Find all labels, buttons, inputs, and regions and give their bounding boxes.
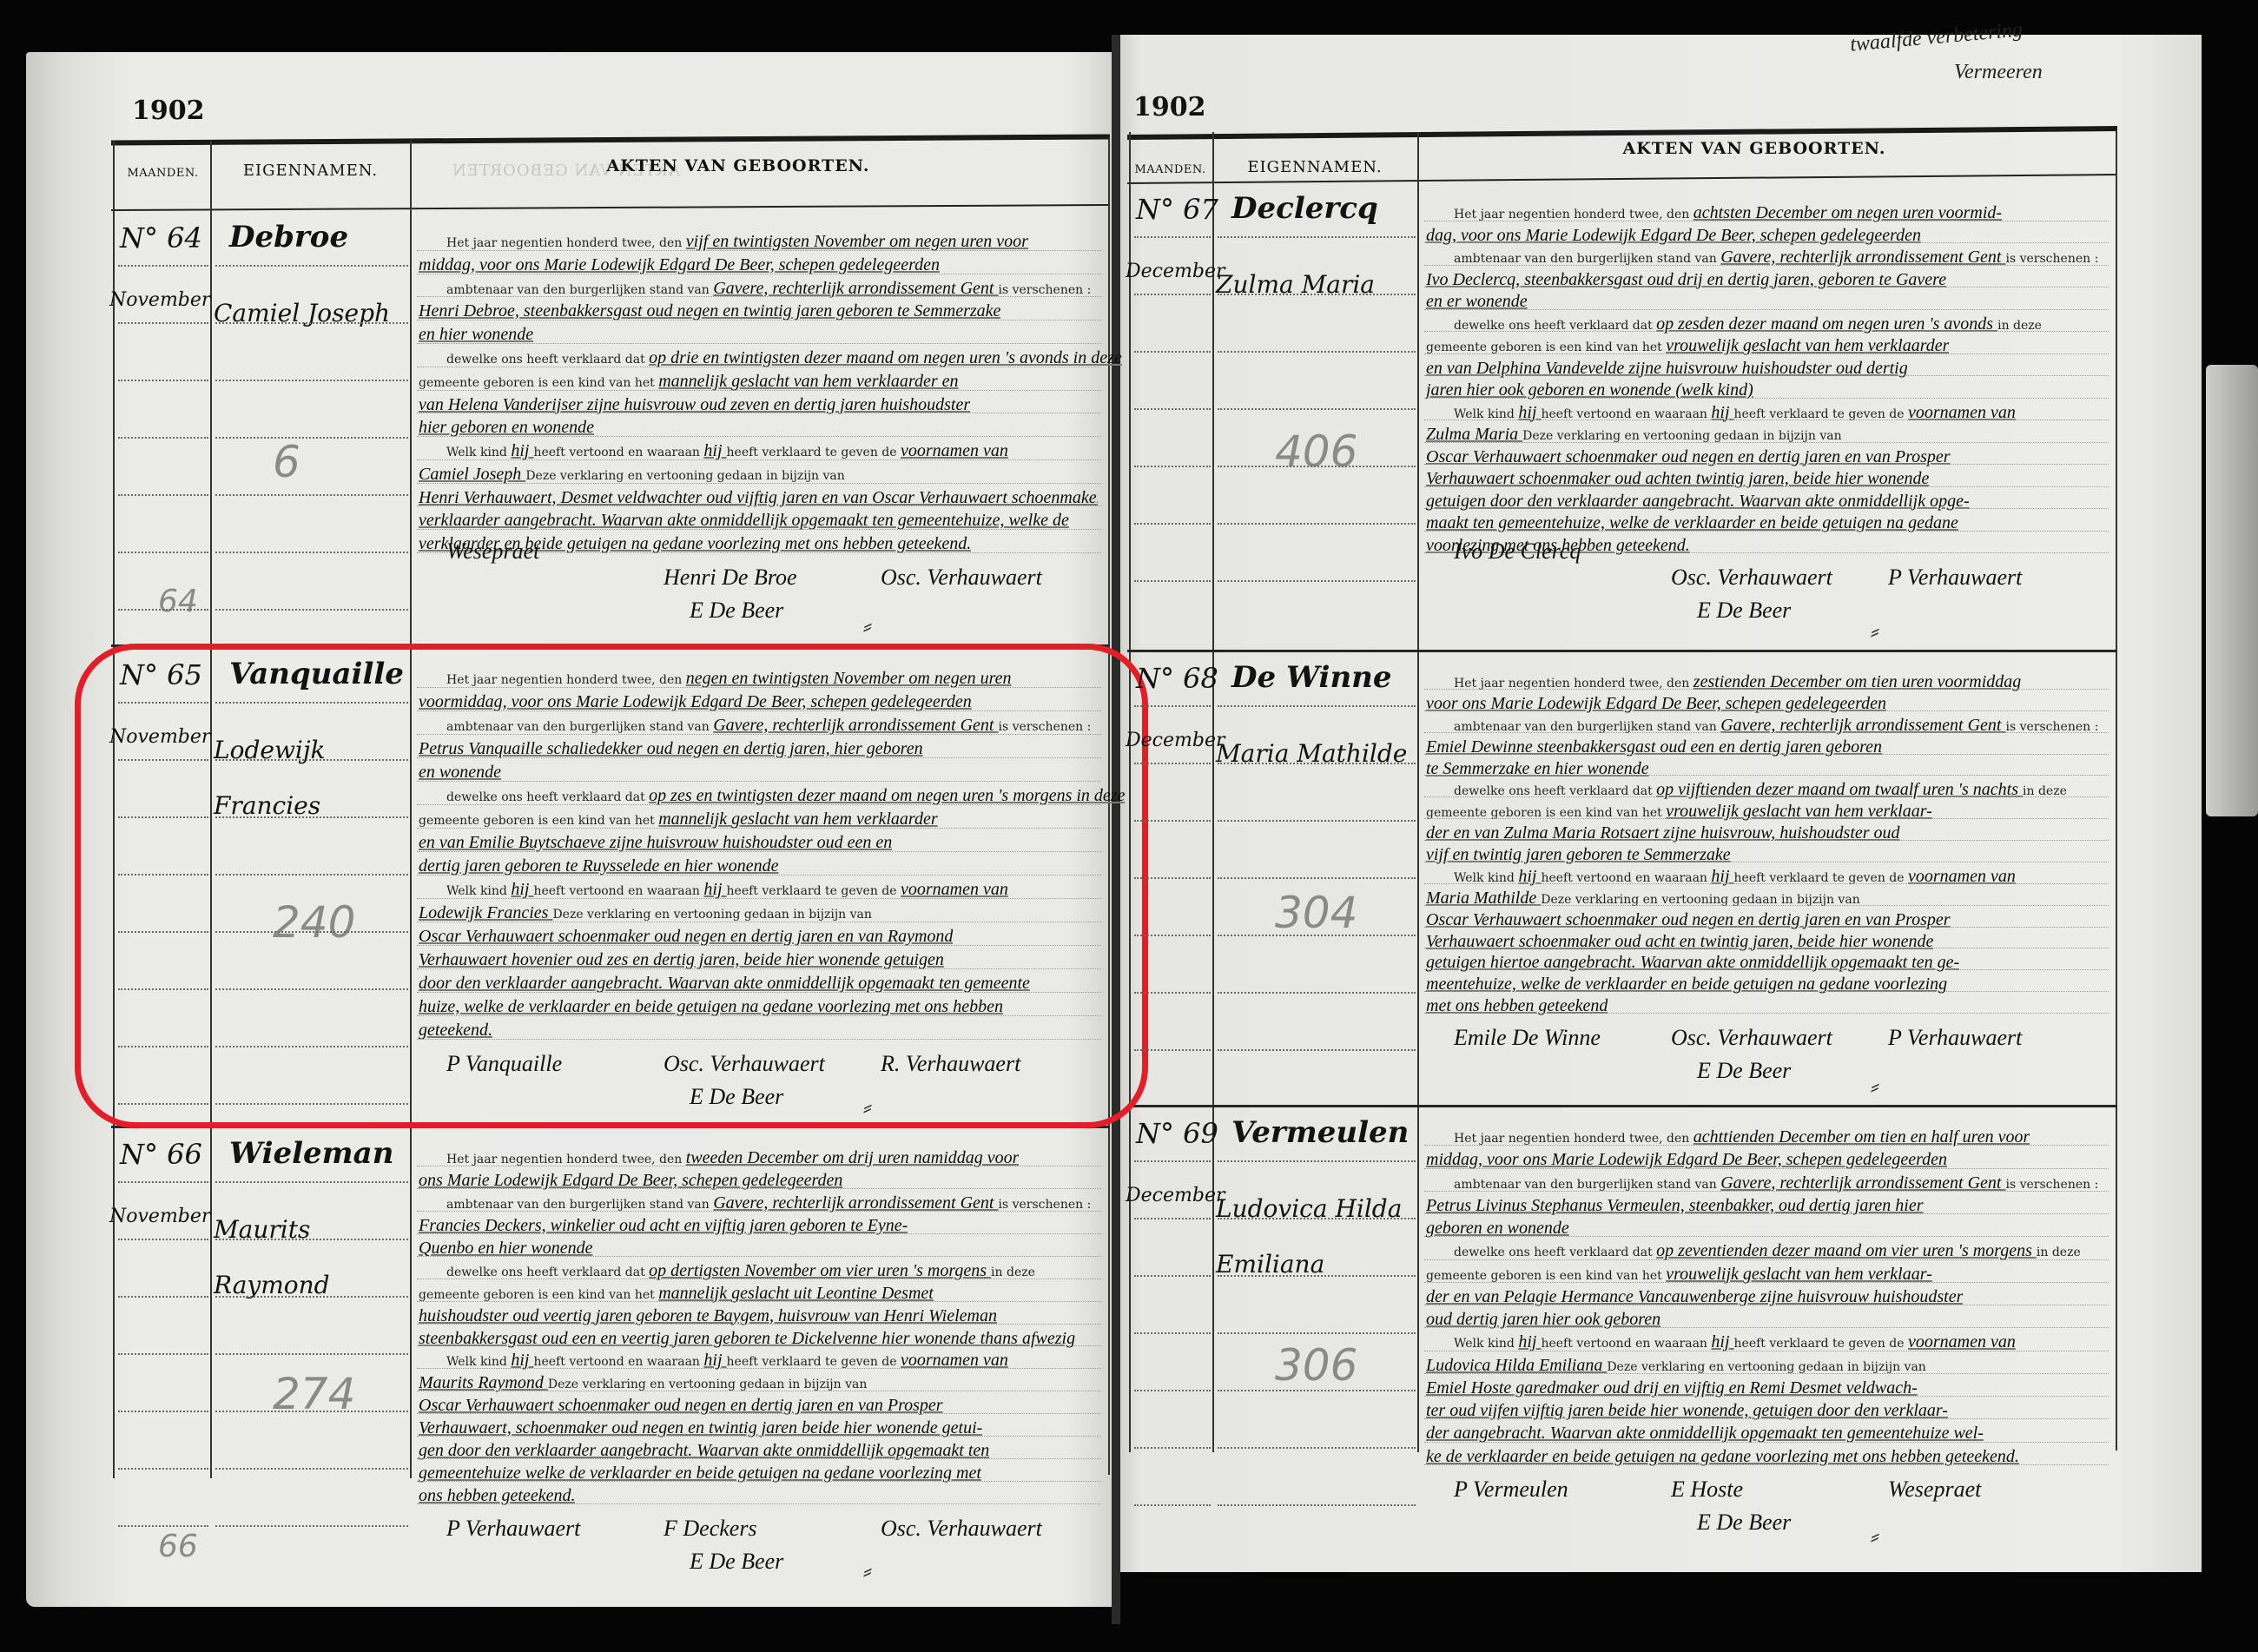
printed-form-text: geboren is een kind van het: [483, 1288, 658, 1302]
ruling-line: [1134, 1332, 1211, 1334]
ruling-line: [215, 816, 408, 818]
act-text-line: Oscar Verhauwaert schoenmaker oud negen …: [419, 927, 953, 947]
ruling-line: [417, 413, 1101, 413]
handwritten-text: Ludovica Hilda Emiliana: [1426, 1356, 1607, 1375]
margin-page-number: 240: [273, 897, 355, 948]
act-text-line: Het jaar negentien honderd twee, den vij…: [446, 232, 1028, 252]
ruling-line: [417, 1413, 1101, 1414]
margin-page-number: 306: [1275, 1340, 1357, 1391]
signature: Osc. Verhauwaert: [881, 565, 1042, 591]
ruling-line: [417, 343, 1101, 344]
paraph-mark: ⸗: [863, 1556, 872, 1586]
printed-form-text: Welk kind: [1454, 1337, 1518, 1351]
column-divider: [1417, 132, 1419, 1452]
ruling-line: [1424, 1145, 2109, 1146]
handwritten-text: ons hebben geteekend.: [419, 1486, 575, 1505]
ruling-line: [1218, 580, 1416, 582]
printed-form-text: Het jaar negentien honderd twee, den: [1454, 1132, 1693, 1146]
ruling-line: [1424, 221, 2109, 221]
ruling-line: [1424, 927, 2109, 928]
entry-separator: [1127, 1105, 2117, 1107]
ruling-line: [417, 1256, 1101, 1257]
column-divider: [2116, 130, 2117, 1450]
handwritten-text: middag, voor ons Marie Lodewijk Edgard D…: [419, 255, 940, 274]
ruling-line: [215, 322, 408, 324]
ruling-line: [1424, 354, 2109, 354]
paraph-mark: ⸗: [1871, 1072, 1879, 1101]
entry-given-names: Camiel Joseph: [214, 286, 390, 341]
handwritten-text: Gavere, rechterlijk arrondissement Gent: [713, 716, 998, 735]
printed-form-text: ambtenaar van den burgerlijken stand van: [1454, 1178, 1720, 1192]
handwritten-text: der en van Pelagie Hermance Vancauwenber…: [1426, 1287, 1963, 1306]
ruling-line: [118, 702, 208, 704]
ruling-line: [215, 265, 408, 267]
entry-separator: [1127, 650, 2117, 652]
ruling-line: [1424, 309, 2109, 310]
paraph-mark: ⸗: [863, 1093, 872, 1122]
act-text-line: verklaarder aangebracht. Waarvan akte on…: [419, 511, 1069, 531]
ruling-line: [118, 1046, 208, 1047]
handwritten-text: Gavere, rechterlijk arrondissement Gent: [1720, 1173, 2005, 1193]
ruling-line: [417, 851, 1101, 852]
ruling-line: [1424, 710, 2109, 711]
handwritten-text: ons Marie Lodewijk Edgard De Beer, schep…: [419, 1171, 842, 1190]
printed-form-text: gemeente: [419, 1288, 483, 1302]
ruling-line: [1424, 732, 2109, 733]
signature: Henri De Broe: [664, 565, 797, 591]
printed-form-text: Het jaar negentien honderd twee, den: [446, 236, 686, 250]
ruling-line: [215, 1239, 408, 1240]
act-text-line: dertig jaren geboren te Ruysselede en hi…: [419, 856, 779, 876]
signature: Osc. Verhauwaert: [664, 1051, 825, 1077]
handwritten-text: hij: [511, 1351, 533, 1370]
ruling-line: [215, 988, 408, 990]
signature: E Hoste: [1671, 1477, 1743, 1503]
printed-form-text: heeft verklaard te geven de: [727, 446, 901, 459]
header-akten: AKTEN VAN GEBOORTEN.: [1537, 139, 1971, 158]
ruling-line: [1218, 1049, 1416, 1051]
entry-surname: Declercq: [1231, 191, 1378, 226]
printed-form-text: Welk kind: [446, 446, 511, 459]
ruling-line: [417, 1211, 1101, 1212]
paraph-mark: ⸗: [1871, 617, 1879, 646]
handwritten-text: hij: [703, 441, 726, 460]
entry-given-names: Zulma Maria: [1216, 257, 1375, 313]
ruling-line: [1134, 236, 1211, 238]
ruling-line: [1424, 689, 2109, 690]
ruling-line: [1424, 948, 2109, 948]
ruling-line: [1218, 1447, 1416, 1449]
handwritten-text: en hier wonende: [419, 325, 533, 344]
printed-form-text: gemeente: [419, 814, 483, 828]
ruling-line: [1134, 877, 1211, 879]
entry-surname: Vanquaille: [229, 657, 404, 691]
ruling-line: [1134, 1160, 1211, 1162]
handwritten-text: van Helena Vanderijser zijne huisvrouw o…: [419, 395, 970, 414]
ruling-line: [1218, 1390, 1416, 1391]
act-text-line: en wonende: [419, 763, 501, 783]
ruling-line: [1218, 820, 1416, 822]
ruling-line: [1218, 1504, 1416, 1506]
handwritten-text: voornamen van: [901, 441, 1008, 460]
margin-footer-number: 66: [158, 1529, 198, 1564]
printed-form-text: heeft verklaard te geven de: [727, 884, 901, 898]
ruling-line: [118, 1353, 208, 1355]
signature: F Deckers: [664, 1516, 757, 1542]
ruling-line: [417, 1233, 1101, 1234]
ruling-line: [417, 1503, 1101, 1504]
ruling-line: [1424, 1327, 2109, 1328]
ruling-line: [1134, 523, 1211, 525]
ruling-line: [1424, 1442, 2109, 1443]
year-label-left: 1902: [132, 96, 205, 126]
printed-form-text: gemeente: [1426, 1269, 1490, 1283]
act-text-line: huize, welke de verklaarder en beide get…: [419, 997, 1003, 1017]
ruling-line: [215, 609, 408, 611]
entry-number: N° 65: [120, 658, 202, 691]
printed-form-text: in deze: [991, 1265, 1035, 1279]
header-eigennamen: EIGENNAMEN.: [1214, 158, 1416, 176]
entry-month: December: [1126, 730, 1225, 751]
signature: R. Verhauwaert: [881, 1051, 1020, 1077]
ruling-line: [215, 874, 408, 876]
handwritten-text: gemeentehuize welke de verklaarder en be…: [419, 1464, 981, 1483]
ruling-line: [417, 710, 1101, 711]
printed-form-text: Het jaar negentien honderd twee, den: [446, 1153, 686, 1166]
ruling-line: [1424, 287, 2109, 287]
signature: E De Beer: [690, 1084, 783, 1110]
ruling-line: [1134, 763, 1211, 764]
ruling-line: [1424, 883, 2109, 884]
margin-footer-number: 64: [158, 584, 198, 619]
handwritten-text: hij: [511, 441, 533, 460]
printed-form-text: gemeente: [419, 376, 483, 390]
margin-page-number: 6: [273, 437, 300, 487]
ruling-line: [118, 609, 208, 611]
act-text-line: en van Emilie Buytschaeve zijne huisvrou…: [419, 833, 892, 853]
ruling-line: [417, 1458, 1101, 1459]
act-text-line: gemeente geboren is een kind van het man…: [419, 809, 938, 829]
ruling-line: [1424, 508, 2109, 509]
ruling-line: [118, 1239, 208, 1240]
ruling-line: [215, 1103, 408, 1105]
ruling-line: [1218, 294, 1416, 295]
signature: Osc. Verhauwaert: [881, 1516, 1042, 1542]
ruling-line: [1424, 991, 2109, 992]
entry-surname: Vermeulen: [1231, 1115, 1409, 1150]
ruling-line: [1424, 1236, 2109, 1237]
ruling-line: [118, 1103, 208, 1105]
ruling-line: [1424, 1191, 2109, 1192]
ruling-line: [417, 875, 1101, 876]
entry-number: N° 68: [1136, 662, 1218, 695]
printed-form-text: is verschenen :: [999, 1198, 1092, 1212]
handwritten-text: voornamen van: [901, 1351, 1008, 1370]
ruling-line: [1424, 1259, 2109, 1260]
handwritten-text: Oscar Verhauwaert schoenmaker oud negen …: [419, 927, 953, 946]
ruling-line: [118, 380, 208, 381]
handwritten-text: hij: [511, 880, 533, 899]
ruling-line: [417, 992, 1101, 993]
ruling-line: [1424, 969, 2109, 970]
entry-month: November: [109, 289, 210, 311]
act-text-line: gemeente geboren is een kind van het man…: [419, 372, 959, 392]
handwritten-text: middag, voor ons Marie Lodewijk Edgard D…: [1426, 1150, 1947, 1169]
act-text-line: Het jaar negentien honderd twee, den neg…: [446, 669, 1012, 689]
ruling-line: [118, 322, 208, 324]
ruling-line: [1424, 420, 2109, 420]
ruling-line: [417, 804, 1101, 805]
ruling-line: [1424, 464, 2109, 465]
ruling-line: [118, 1181, 208, 1183]
entry-month: December: [1126, 1185, 1225, 1206]
ruling-line: [1424, 1464, 2109, 1465]
ruling-line: [417, 828, 1101, 829]
ruling-line: [1424, 375, 2109, 376]
handwritten-text: geslacht van hem verklaarder en: [731, 372, 958, 391]
margin-page-number: 304: [1275, 888, 1357, 938]
year-label-right: 1902: [1133, 92, 1206, 122]
ruling-line: [417, 1279, 1101, 1279]
signature: E De Beer: [1697, 1510, 1791, 1536]
printed-form-text: dewelke ons heeft verklaard dat: [446, 790, 649, 804]
handwritten-text: en wonende: [419, 763, 501, 782]
entry-month: December: [1126, 261, 1225, 282]
act-text-line: Welk kind hij heeft vertoond en waaraan …: [446, 880, 1008, 900]
handwritten-text: oud dertig jaren hier ook geboren: [1426, 1310, 1660, 1329]
handwritten-text: op drie en twintigsten dezer maand om ne…: [649, 348, 1122, 367]
printed-form-text: ambtenaar van den burgerlijken stand van: [446, 720, 713, 734]
signature: E De Beer: [1697, 1058, 1791, 1084]
ruling-line: [1218, 236, 1416, 238]
handwritten-text: mannelijk: [658, 809, 731, 829]
ruling-line: [1218, 1160, 1416, 1162]
ruling-line: [1218, 992, 1416, 994]
signature: E De Beer: [1697, 598, 1791, 624]
handwritten-text: geslacht van hem verklaarder: [731, 809, 938, 829]
signature: P Verhauwaert: [1888, 565, 2022, 591]
signature: Emile De Winne: [1454, 1025, 1601, 1051]
handwritten-text: verklaarder aangebracht. Waarvan akte on…: [419, 511, 1069, 530]
ruling-line: [118, 988, 208, 990]
signature: Ivo De Clercq: [1454, 539, 1581, 565]
ruling-line: [417, 436, 1101, 437]
handwritten-text: Lodewijk Francies: [419, 903, 552, 922]
ruling-line: [1424, 531, 2109, 532]
ruling-line: [417, 1368, 1101, 1369]
signature: E De Beer: [690, 1549, 783, 1575]
ruling-line: [118, 759, 208, 761]
ruling-line: [417, 320, 1101, 320]
signature: P Verhauwaert: [446, 1516, 580, 1542]
ruling-line: [1424, 331, 2109, 332]
printed-form-text: Welk kind: [446, 1355, 511, 1369]
signature: E De Beer: [690, 598, 783, 624]
ruling-line: [1134, 1218, 1211, 1219]
handwritten-text: Verhauwaert hovenier oud zes en dertig j…: [419, 950, 944, 969]
handwritten-text: hij: [703, 880, 726, 899]
act-text-line: Henri Debroe, steenbakkersgast oud negen…: [419, 301, 1000, 321]
signature: Wesepraet: [1888, 1477, 1981, 1503]
ruling-line: [118, 816, 208, 818]
printed-form-text: Welk kind: [446, 884, 511, 898]
act-text-line: Henri Verhauwaert, Desmet veldwachter ou…: [419, 488, 1098, 508]
ruling-line: [1424, 1213, 2109, 1214]
act-text-line: Lodewijk Francies Deze verklaring en ver…: [419, 903, 872, 923]
printed-form-text: dewelke ons heeft verklaard dat: [446, 1265, 649, 1279]
ruling-line: [417, 296, 1101, 297]
entry-number: N° 67: [1136, 193, 1218, 226]
ruling-line: [1424, 486, 2109, 487]
handwritten-text: op zes en twintigsten dezer maand om neg…: [649, 786, 1125, 805]
ruling-line: [1134, 1275, 1211, 1277]
ruling-line: [417, 1015, 1101, 1016]
ruling-line: [1424, 1418, 2109, 1419]
ruling-line: [215, 931, 408, 933]
handwritten-text: Maurits Raymond: [419, 1373, 548, 1392]
ruling-line: [417, 274, 1101, 274]
ruling-line: [118, 265, 208, 267]
ruling-line: [1218, 351, 1416, 353]
ruling-line: [1424, 796, 2109, 797]
printed-form-text: Deze verklaring en vertooning gedaan in …: [525, 469, 845, 483]
handwritten-text: door den verklaarder aangebracht. Waarva…: [419, 974, 1030, 993]
ruling-line: [1218, 1218, 1416, 1219]
handwritten-text: hij: [1711, 1332, 1733, 1351]
entry-given-names: Maria Mathilde: [1216, 726, 1407, 782]
handwritten-text: Camiel Joseph: [419, 465, 525, 484]
act-text-line: door den verklaarder aangebracht. Waarva…: [419, 974, 1030, 994]
ruling-line: [215, 1046, 408, 1047]
printed-form-text: geboren is een kind van het: [1490, 1269, 1666, 1283]
ruling-line: [1424, 1351, 2109, 1351]
ruling-line: [1134, 351, 1211, 353]
ruling-line: [215, 552, 408, 553]
ruling-line: [417, 459, 1101, 460]
printed-form-text: Deze verklaring en vertooning gedaan in …: [552, 908, 872, 922]
ruling-line: [417, 968, 1101, 969]
act-text-line: geteekend.: [419, 1021, 492, 1041]
printed-form-text: Het jaar negentien honderd twee, den: [446, 673, 686, 687]
ruling-line: [1424, 442, 2109, 443]
ruling-line: [1134, 820, 1211, 822]
handwritten-text: Emiel Hoste garedmaker oud drij en vijft…: [1426, 1378, 1918, 1398]
handwritten-text: Francies Deckers, winkelier oud acht en …: [419, 1216, 908, 1235]
act-text-line: Petrus Vanquaille schaliedekker oud nege…: [419, 739, 923, 759]
ruling-line: [417, 1391, 1101, 1391]
entry-number: N° 69: [1136, 1117, 1218, 1150]
entry-surname: De Winne: [1231, 660, 1392, 695]
ruling-line: [417, 367, 1101, 367]
paraph-mark: ⸗: [1871, 1522, 1879, 1551]
ruling-line: [215, 1181, 408, 1183]
ruling-line: [417, 1301, 1101, 1302]
handwritten-text: huize, welke de verklaarder en beide get…: [419, 997, 1003, 1016]
act-text-line: dewelke ons heeft verklaard dat op zes e…: [446, 786, 1125, 806]
printed-form-text: is verschenen :: [999, 283, 1092, 297]
ruling-line: [1424, 1396, 2109, 1397]
printed-form-text: ambtenaar van den burgerlijken stand van: [446, 1198, 713, 1212]
handwritten-text: tweeden December om drij uren namiddag v…: [686, 1148, 1020, 1167]
signature: Osc. Verhauwaert: [1671, 565, 1832, 591]
margin-page-number: 406: [1275, 426, 1357, 477]
ruling-line: [417, 1345, 1101, 1346]
handwritten-text: hier geboren en wonende: [419, 418, 594, 437]
handwritten-text: mannelijk: [658, 372, 731, 391]
signature: P Verhauwaert: [1888, 1025, 2022, 1051]
handwritten-text: negen en twintigsten November om negen u…: [686, 669, 1012, 688]
printed-form-text: heeft verklaard te geven de: [1734, 1337, 1908, 1351]
printed-form-text: heeft verklaard te geven de: [727, 1355, 901, 1369]
handwritten-text: Henri Verhauwaert, Desmet veldwachter ou…: [419, 488, 1098, 507]
entry-number: N° 66: [120, 1138, 202, 1171]
signature: P Vermeulen: [1454, 1477, 1568, 1503]
act-text-line: Camiel Joseph Deze verklaring en vertoon…: [419, 465, 845, 485]
handwritten-text: op dertigsten November om vier uren 's m…: [649, 1261, 991, 1280]
handwritten-text: Gavere, rechterlijk arrondissement Gent: [713, 279, 998, 298]
ruling-line: [118, 1411, 208, 1412]
ruling-line: [118, 1296, 208, 1298]
entry-surname: Debroe: [229, 220, 348, 254]
handwritten-text: Quenbo en hier wonende: [419, 1239, 593, 1258]
header-eigennamen: EIGENNAMEN.: [213, 162, 408, 180]
ruling-line: [1134, 705, 1211, 707]
ruling-line: [1424, 1373, 2109, 1374]
column-divider: [1212, 132, 1214, 1452]
printed-form-text: is verschenen :: [2006, 1178, 2099, 1192]
ruling-line: [215, 1468, 408, 1470]
ruling-line: [1134, 935, 1211, 936]
printed-form-text: ambtenaar van den burgerlijken stand van: [446, 283, 713, 297]
ruling-line: [417, 1324, 1101, 1325]
paraph-mark: ⸗: [863, 611, 872, 641]
printed-form-text: is verschenen :: [999, 720, 1092, 734]
ruling-line: [118, 931, 208, 933]
printed-form-text: heeft vertoond en waaraan: [533, 446, 703, 459]
ruling-line: [1424, 905, 2109, 906]
handwritten-text: geteekend.: [419, 1021, 492, 1040]
printed-form-text: heeft vertoond en waaraan: [1541, 1337, 1711, 1351]
handwritten-text: mannelijk: [658, 1284, 731, 1303]
printed-form-text: dewelke ons heeft verklaard dat: [1454, 1246, 1656, 1259]
ruling-line: [1134, 294, 1211, 295]
ruling-line: [417, 781, 1101, 782]
act-text-line: hier geboren en wonende: [419, 418, 594, 438]
ruling-line: [118, 552, 208, 553]
ruling-line: [417, 506, 1101, 506]
handwritten-text: Oscar Verhauwaert schoenmaker oud negen …: [419, 1396, 943, 1415]
handwritten-text: Henri Debroe, steenbakkersgast oud negen…: [419, 301, 1000, 320]
act-text-line: ambtenaar van den burgerlijken stand van…: [446, 279, 1091, 299]
ruling-line: [1134, 408, 1211, 410]
ruling-line: [118, 1525, 208, 1527]
ruling-line: [215, 1525, 408, 1527]
ruling-line: [1134, 466, 1211, 467]
handwritten-text: voornamen van: [901, 880, 1008, 899]
handwritten-text: geslacht van hem verklaar-: [1743, 1265, 1932, 1284]
handwritten-text: Verhauwaert, schoenmaker oud negen en tw…: [419, 1418, 982, 1437]
ruling-line: [1134, 1447, 1211, 1449]
ruling-line: [1218, 1275, 1416, 1277]
handwritten-text: en van Emilie Buytschaeve zijne huisvrou…: [419, 833, 892, 852]
ruling-line: [417, 922, 1101, 922]
ruling-line: [1134, 1049, 1211, 1051]
ruling-line: [215, 1353, 408, 1355]
act-text-line: Verhauwaert hovenier oud zes en dertig j…: [419, 950, 944, 970]
ruling-line: [1134, 992, 1211, 994]
ruling-line: [1424, 1168, 2109, 1169]
ruling-line: [1424, 840, 2109, 841]
